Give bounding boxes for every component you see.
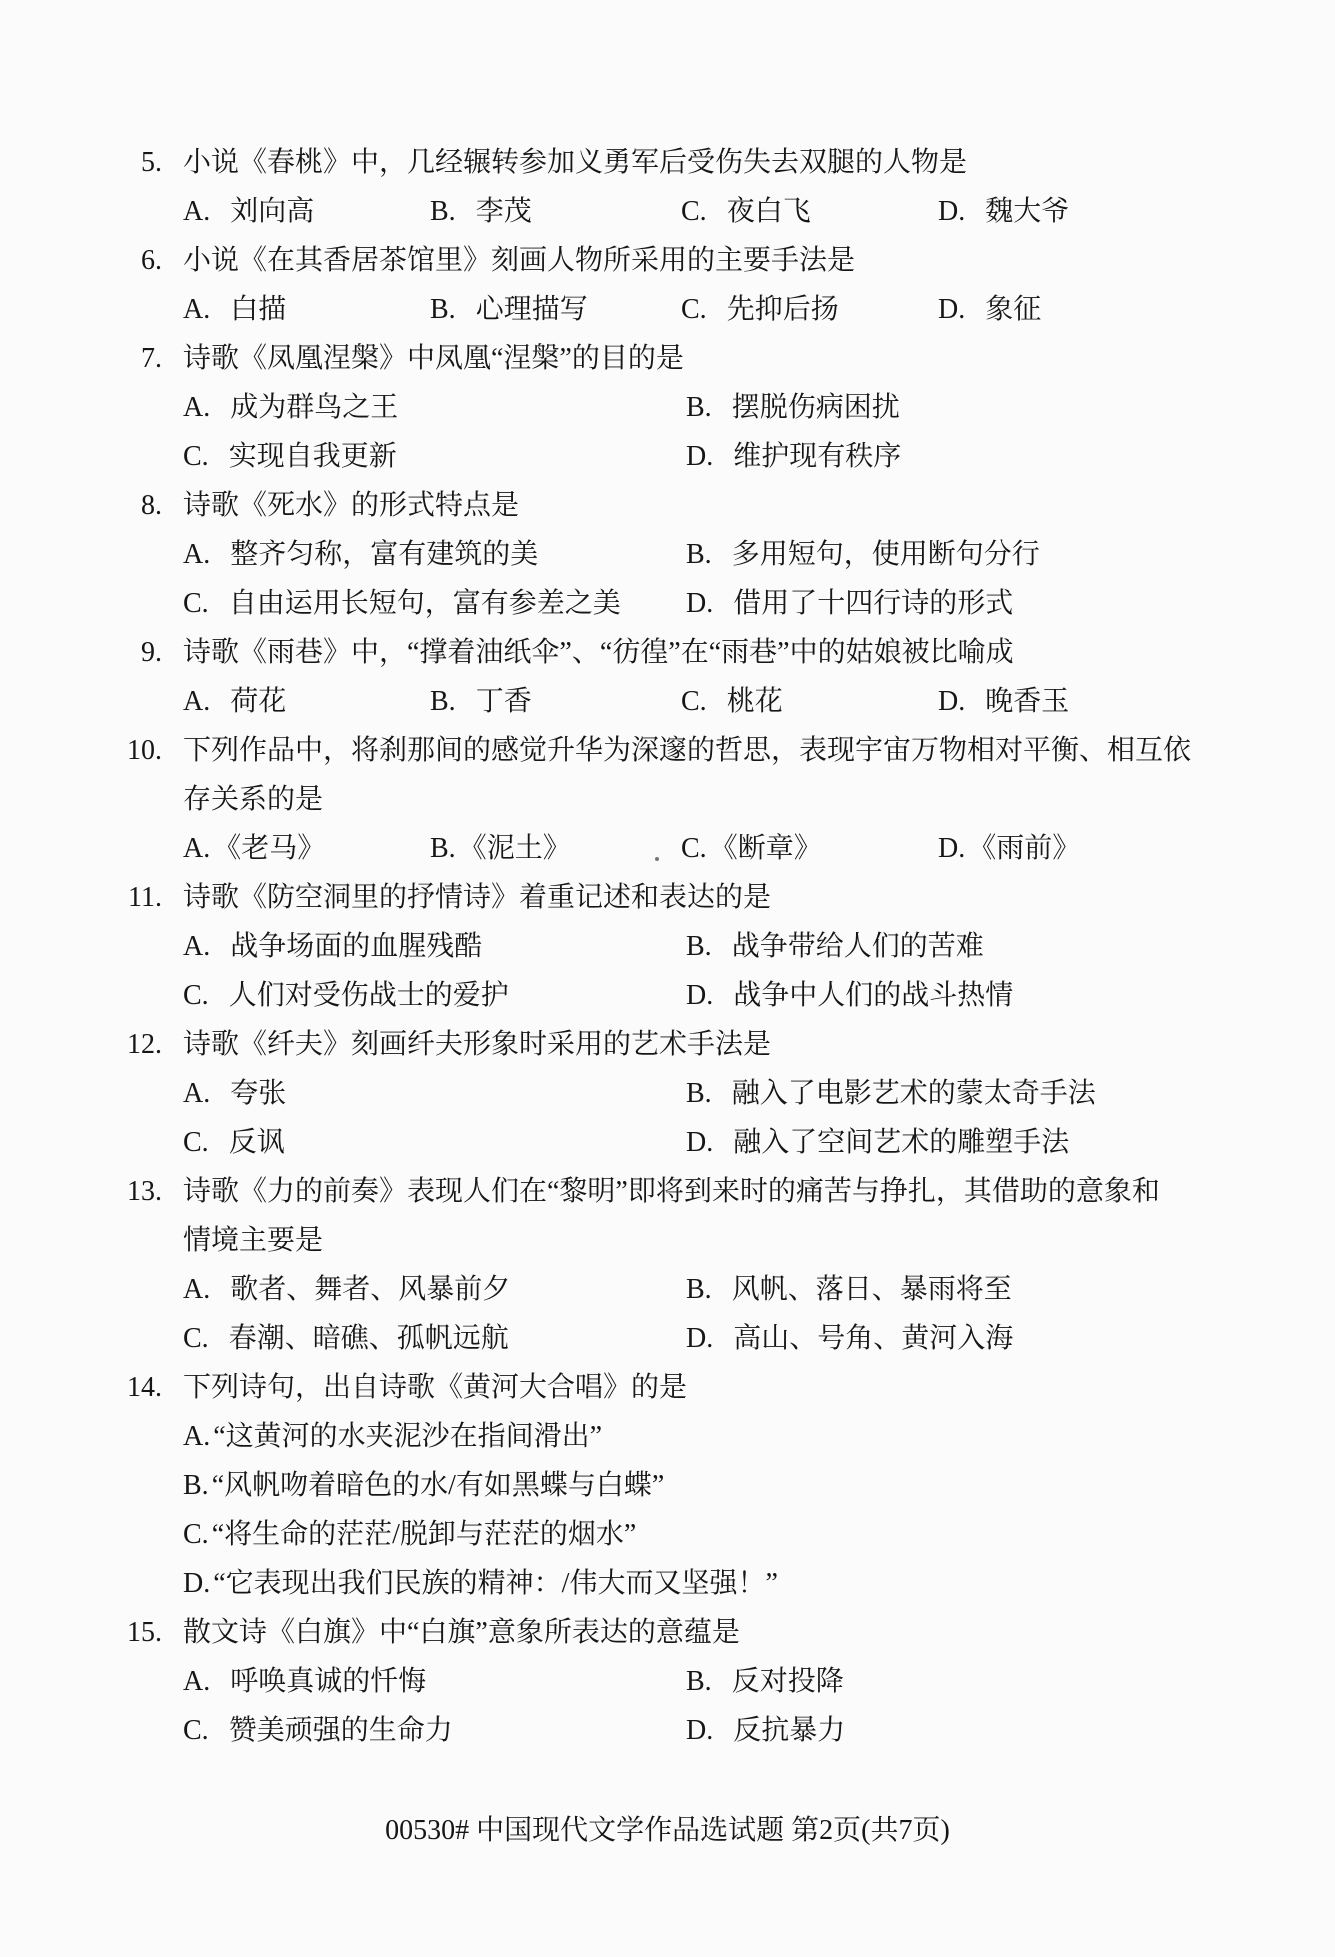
option-text: 战争带给人们的苦难 bbox=[732, 931, 984, 962]
scan-speck bbox=[655, 857, 659, 861]
option: B.《泥土》 bbox=[430, 824, 681, 873]
option: B.融入了电影艺术的蒙太奇手法 bbox=[686, 1069, 1335, 1118]
question-row: 14.下列诗句，出自诗歌《黄河大合唱》的是 bbox=[0, 1363, 1335, 1412]
option: D.象征 bbox=[938, 285, 1335, 334]
option-text: 先抑后扬 bbox=[727, 294, 839, 325]
option-text: 战争场面的血腥残酷 bbox=[230, 931, 482, 962]
option-text: 摆脱伤病困扰 bbox=[732, 392, 900, 423]
question-row: 15.散文诗《白旗》中“白旗”意象所表达的意蕴是 bbox=[0, 1608, 1335, 1657]
question-number: 13. bbox=[110, 1167, 162, 1216]
question-number: 15. bbox=[110, 1608, 162, 1657]
option-label: C. bbox=[183, 588, 209, 619]
option-row: A.整齐匀称，富有建筑的美B.多用短句，使用断句分行 bbox=[0, 530, 1335, 579]
option-label: D. bbox=[686, 1323, 713, 1354]
option-text: “它表现出我们民族的精神：/伟大而又坚强！” bbox=[213, 1568, 778, 1599]
option: C.春潮、暗礁、孤帆远航 bbox=[183, 1314, 686, 1363]
option-label: B. bbox=[430, 686, 456, 717]
option-label: A. bbox=[183, 294, 210, 325]
question-stem: 诗歌《力的前奏》表现人们在“黎明”即将到来时的痛苦与挣扎，其借助的意象和 bbox=[183, 1167, 1160, 1216]
option-text: 春潮、暗礁、孤帆远航 bbox=[229, 1323, 509, 1354]
option-text: 维护现有秩序 bbox=[733, 441, 901, 472]
option-label: A. bbox=[183, 539, 210, 570]
option: D.晚香玉 bbox=[938, 677, 1335, 726]
option-label: D. bbox=[938, 294, 965, 325]
option-text: 《雨前》 bbox=[968, 833, 1080, 864]
option-label: A. bbox=[183, 931, 210, 962]
option-text: 融入了空间艺术的雕塑手法 bbox=[733, 1127, 1069, 1158]
option: A.呼唤真诚的忏悔 bbox=[183, 1657, 686, 1706]
option: C.人们对受伤战士的爱护 bbox=[183, 971, 686, 1020]
question-stem: 诗歌《雨巷》中，“撑着油纸伞”、“彷徨”在“雨巷”中的姑娘被比喻成 bbox=[183, 628, 1014, 677]
option: C.自由运用长短句，富有参差之美 bbox=[183, 579, 686, 628]
option-label: C. bbox=[183, 980, 209, 1011]
option-label: D. bbox=[183, 1568, 210, 1599]
question-stem: 小说《春桃》中，几经辗转参加义勇军后受伤失去双腿的人物是 bbox=[183, 138, 967, 187]
option-row: C.实现自我更新D.维护现有秩序 bbox=[0, 432, 1335, 481]
question-number: 9. bbox=[110, 628, 162, 677]
option-row: A.成为群鸟之王B.摆脱伤病困扰 bbox=[0, 383, 1335, 432]
option: D.融入了空间艺术的雕塑手法 bbox=[686, 1118, 1335, 1167]
option-label: D. bbox=[686, 441, 713, 472]
option-label: A. bbox=[183, 1274, 210, 1305]
page-footer: 00530# 中国现代文学作品选试题 第2页(共7页) bbox=[0, 1806, 1335, 1855]
option-label: B. bbox=[430, 833, 456, 864]
option-text: “将生命的茫茫/脱卸与茫茫的烟水” bbox=[212, 1519, 637, 1550]
option-label: B. bbox=[686, 1078, 712, 1109]
question-row: 12.诗歌《纤夫》刻画纤夫形象时采用的艺术手法是 bbox=[0, 1020, 1335, 1069]
option: B.“风帆吻着暗色的水/有如黑蝶与白蝶” bbox=[183, 1461, 664, 1510]
option-label: C. bbox=[681, 294, 707, 325]
option: D.高山、号角、黄河入海 bbox=[686, 1314, 1335, 1363]
option-label: D. bbox=[686, 1715, 713, 1746]
option-text: 多用短句，使用断句分行 bbox=[732, 539, 1040, 570]
option: A.战争场面的血腥残酷 bbox=[183, 922, 686, 971]
option-label: B. bbox=[686, 539, 712, 570]
option: B.李茂 bbox=[430, 187, 681, 236]
option-text: 借用了十四行诗的形式 bbox=[733, 588, 1013, 619]
question-row: 5.小说《春桃》中，几经辗转参加义勇军后受伤失去双腿的人物是 bbox=[0, 138, 1335, 187]
option-text: 心理描写 bbox=[476, 294, 588, 325]
question-stem: 下列作品中，将刹那间的感觉升华为深邃的哲思，表现宇宙万物相对平衡、相互依 bbox=[183, 726, 1191, 775]
option: A.整齐匀称，富有建筑的美 bbox=[183, 530, 686, 579]
option-text: 晚香玉 bbox=[985, 686, 1069, 717]
option-text: 融入了电影艺术的蒙太奇手法 bbox=[732, 1078, 1096, 1109]
option: B.风帆、落日、暴雨将至 bbox=[686, 1265, 1335, 1314]
option-row: C.自由运用长短句，富有参差之美D.借用了十四行诗的形式 bbox=[0, 579, 1335, 628]
option: C.反讽 bbox=[183, 1118, 686, 1167]
question-stem-continued: 情境主要是 bbox=[0, 1216, 1335, 1265]
option-text: 人们对受伤战士的爱护 bbox=[229, 980, 509, 1011]
option-label: C. bbox=[183, 441, 209, 472]
option-text: 白描 bbox=[230, 294, 286, 325]
option-label: C. bbox=[681, 196, 707, 227]
option-text: 《泥土》 bbox=[459, 833, 571, 864]
question-row: 8.诗歌《死水》的形式特点是 bbox=[0, 481, 1335, 530]
option-label: B. bbox=[183, 1470, 209, 1501]
option-text: 《老马》 bbox=[213, 833, 325, 864]
question-number: 11. bbox=[110, 873, 162, 922]
option: D.魏大爷 bbox=[938, 187, 1335, 236]
option-row: A.《老马》B.《泥土》C.《断章》D.《雨前》 bbox=[0, 824, 1335, 873]
option: A.《老马》 bbox=[183, 824, 430, 873]
option-label: D. bbox=[686, 588, 713, 619]
option-label: A. bbox=[183, 392, 210, 423]
option: C.桃花 bbox=[681, 677, 938, 726]
option-text: 战争中人们的战斗热情 bbox=[733, 980, 1013, 1011]
question-number: 7. bbox=[110, 334, 162, 383]
question-row: 6.小说《在其香居茶馆里》刻画人物所采用的主要手法是 bbox=[0, 236, 1335, 285]
option-label: B. bbox=[686, 1666, 712, 1697]
question-stem-continued: 存关系的是 bbox=[0, 775, 1335, 824]
option: C.赞美顽强的生命力 bbox=[183, 1706, 686, 1755]
option: C.《断章》 bbox=[681, 824, 938, 873]
question-stem: 诗歌《死水》的形式特点是 bbox=[183, 481, 519, 530]
option: B.反对投降 bbox=[686, 1657, 1335, 1706]
option-label: C. bbox=[183, 1519, 209, 1550]
option: A.歌者、舞者、风暴前夕 bbox=[183, 1265, 686, 1314]
option-text: 反对投降 bbox=[732, 1666, 844, 1697]
question-stem: 下列诗句，出自诗歌《黄河大合唱》的是 bbox=[183, 1363, 687, 1412]
question-number: 14. bbox=[110, 1363, 162, 1412]
option-label: D. bbox=[938, 686, 965, 717]
option-row: C.赞美顽强的生命力D.反抗暴力 bbox=[0, 1706, 1335, 1755]
option: C.实现自我更新 bbox=[183, 432, 686, 481]
option-text: 反讽 bbox=[229, 1127, 285, 1158]
option-label: C. bbox=[183, 1323, 209, 1354]
option-text: 丁香 bbox=[476, 686, 532, 717]
question-number: 8. bbox=[110, 481, 162, 530]
option-row: A.刘向高B.李茂C.夜白飞D.魏大爷 bbox=[0, 187, 1335, 236]
question-row: 11.诗歌《防空洞里的抒情诗》着重记述和表达的是 bbox=[0, 873, 1335, 922]
exam-page: 5.小说《春桃》中，几经辗转参加义勇军后受伤失去双腿的人物是A.刘向高B.李茂C… bbox=[0, 0, 1335, 1957]
question-row: 10.下列作品中，将刹那间的感觉升华为深邃的哲思，表现宇宙万物相对平衡、相互依 bbox=[0, 726, 1335, 775]
question-stem: 诗歌《防空洞里的抒情诗》着重记述和表达的是 bbox=[183, 873, 771, 922]
option: A.成为群鸟之王 bbox=[183, 383, 686, 432]
option-label: C. bbox=[681, 686, 707, 717]
option-label: A. bbox=[183, 686, 210, 717]
option-label: A. bbox=[183, 1078, 210, 1109]
option: D.《雨前》 bbox=[938, 824, 1335, 873]
option-row: C.人们对受伤战士的爱护D.战争中人们的战斗热情 bbox=[0, 971, 1335, 1020]
option-text: 桃花 bbox=[727, 686, 783, 717]
question-stem: 散文诗《白旗》中“白旗”意象所表达的意蕴是 bbox=[183, 1608, 740, 1657]
option-row: A.呼唤真诚的忏悔B.反对投降 bbox=[0, 1657, 1335, 1706]
option: A.“这黄河的水夹泥沙在指间滑出” bbox=[183, 1412, 602, 1461]
option-label: D. bbox=[686, 980, 713, 1011]
option: A.白描 bbox=[183, 285, 430, 334]
option-label: A. bbox=[183, 1666, 210, 1697]
option-text: 风帆、落日、暴雨将至 bbox=[732, 1274, 1012, 1305]
question-number: 5. bbox=[110, 138, 162, 187]
option: A.刘向高 bbox=[183, 187, 430, 236]
option-row: A.歌者、舞者、风暴前夕B.风帆、落日、暴雨将至 bbox=[0, 1265, 1335, 1314]
option: A.荷花 bbox=[183, 677, 430, 726]
option-label: B. bbox=[686, 931, 712, 962]
question-number: 12. bbox=[110, 1020, 162, 1069]
option-label: D. bbox=[938, 196, 965, 227]
option: C.夜白飞 bbox=[681, 187, 938, 236]
option-label: B. bbox=[430, 196, 456, 227]
option-row: D.“它表现出我们民族的精神：/伟大而又坚强！” bbox=[0, 1559, 1335, 1608]
option: D.战争中人们的战斗热情 bbox=[686, 971, 1335, 1020]
option-text: 实现自我更新 bbox=[229, 441, 397, 472]
option-text: 整齐匀称，富有建筑的美 bbox=[230, 539, 538, 570]
option-label: D. bbox=[938, 833, 965, 864]
questions-area: 5.小说《春桃》中，几经辗转参加义勇军后受伤失去双腿的人物是A.刘向高B.李茂C… bbox=[0, 138, 1335, 1755]
option-text: 赞美顽强的生命力 bbox=[229, 1715, 453, 1746]
option-text: 《断章》 bbox=[710, 833, 822, 864]
option-text: 成为群鸟之王 bbox=[230, 392, 398, 423]
option: B.心理描写 bbox=[430, 285, 681, 334]
option-label: C. bbox=[183, 1127, 209, 1158]
option-text: 魏大爷 bbox=[985, 196, 1069, 227]
option-label: D. bbox=[686, 1127, 713, 1158]
option-row: C.春潮、暗礁、孤帆远航D.高山、号角、黄河入海 bbox=[0, 1314, 1335, 1363]
option-text: 李茂 bbox=[476, 196, 532, 227]
option-text: 自由运用长短句，富有参差之美 bbox=[229, 588, 621, 619]
option-text: 象征 bbox=[985, 294, 1041, 325]
option-label: C. bbox=[183, 1715, 209, 1746]
option-text: 夸张 bbox=[230, 1078, 286, 1109]
question-row: 7.诗歌《凤凰涅槃》中凤凰“涅槃”的目的是 bbox=[0, 334, 1335, 383]
option-row: A.战争场面的血腥残酷B.战争带给人们的苦难 bbox=[0, 922, 1335, 971]
question-stem: 诗歌《凤凰涅槃》中凤凰“涅槃”的目的是 bbox=[183, 334, 684, 383]
option-text: 高山、号角、黄河入海 bbox=[733, 1323, 1013, 1354]
option-label: B. bbox=[686, 392, 712, 423]
option-row: A.“这黄河的水夹泥沙在指间滑出” bbox=[0, 1412, 1335, 1461]
option: C.先抑后扬 bbox=[681, 285, 938, 334]
option-text: 荷花 bbox=[230, 686, 286, 717]
question-row: 13.诗歌《力的前奏》表现人们在“黎明”即将到来时的痛苦与挣扎，其借助的意象和 bbox=[0, 1167, 1335, 1216]
option-label: A. bbox=[183, 1421, 210, 1452]
option-row: A.白描B.心理描写C.先抑后扬D.象征 bbox=[0, 285, 1335, 334]
option-row: C.反讽D.融入了空间艺术的雕塑手法 bbox=[0, 1118, 1335, 1167]
option-text: 夜白飞 bbox=[727, 196, 811, 227]
option-row: A.荷花B.丁香C.桃花D.晚香玉 bbox=[0, 677, 1335, 726]
option: D.维护现有秩序 bbox=[686, 432, 1335, 481]
option-text: “这黄河的水夹泥沙在指间滑出” bbox=[213, 1421, 602, 1452]
question-number: 10. bbox=[110, 726, 162, 775]
option-row: B.“风帆吻着暗色的水/有如黑蝶与白蝶” bbox=[0, 1461, 1335, 1510]
option: B.多用短句，使用断句分行 bbox=[686, 530, 1335, 579]
option-label: B. bbox=[686, 1274, 712, 1305]
option-label: C. bbox=[681, 833, 707, 864]
question-number: 6. bbox=[110, 236, 162, 285]
option: B.摆脱伤病困扰 bbox=[686, 383, 1335, 432]
option: D.借用了十四行诗的形式 bbox=[686, 579, 1335, 628]
option-label: B. bbox=[430, 294, 456, 325]
option-row: A.夸张B.融入了电影艺术的蒙太奇手法 bbox=[0, 1069, 1335, 1118]
option-row: C.“将生命的茫茫/脱卸与茫茫的烟水” bbox=[0, 1510, 1335, 1559]
option: B.战争带给人们的苦难 bbox=[686, 922, 1335, 971]
option-text: 歌者、舞者、风暴前夕 bbox=[230, 1274, 510, 1305]
question-stem: 小说《在其香居茶馆里》刻画人物所采用的主要手法是 bbox=[183, 236, 855, 285]
option-text: 呼唤真诚的忏悔 bbox=[230, 1666, 426, 1697]
option-text: 反抗暴力 bbox=[733, 1715, 845, 1746]
question-stem: 诗歌《纤夫》刻画纤夫形象时采用的艺术手法是 bbox=[183, 1020, 771, 1069]
option-label: A. bbox=[183, 833, 210, 864]
option-text: 刘向高 bbox=[230, 196, 314, 227]
option-text: “风帆吻着暗色的水/有如黑蝶与白蝶” bbox=[212, 1470, 665, 1501]
option: D.反抗暴力 bbox=[686, 1706, 1335, 1755]
option: D.“它表现出我们民族的精神：/伟大而又坚强！” bbox=[183, 1559, 778, 1608]
option: A.夸张 bbox=[183, 1069, 686, 1118]
option: B.丁香 bbox=[430, 677, 681, 726]
option: C.“将生命的茫茫/脱卸与茫茫的烟水” bbox=[183, 1510, 636, 1559]
question-row: 9.诗歌《雨巷》中，“撑着油纸伞”、“彷徨”在“雨巷”中的姑娘被比喻成 bbox=[0, 628, 1335, 677]
option-label: A. bbox=[183, 196, 210, 227]
